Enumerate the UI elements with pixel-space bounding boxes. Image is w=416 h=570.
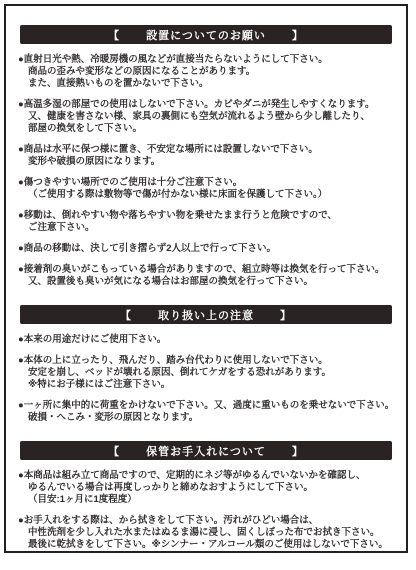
notice-line: 又、設置後も臭いが気になる場合はお部屋の換気を行って下さい。: [18, 276, 394, 288]
notice-line-first: ●本体の上に立ったり、飛んだり、踏み台代わりに使用しないで下さい。: [18, 355, 394, 367]
notice-line-first: ●高温多湿の部屋での使用はしないで下さい。カビやダニが発生しやすくなります。: [18, 99, 394, 111]
notice-item: ●移動は、倒れやすい物や落ちやすい物を乗せたまま行うと危険ですので、ご注意下さい…: [18, 210, 394, 234]
section-title: 保管お手入れについて: [146, 443, 266, 459]
notice-line: 安定を崩し、ベッドが壊れる原因、倒れてケガをする恐れがあります。: [18, 367, 394, 379]
notice-item: ●高温多湿の部屋での使用はしないで下さい。カビやダニが発生しやすくなります。又、…: [18, 99, 394, 135]
notice-line-first: ●商品は水平に保つ様に置き、不安定な場所には設置しないで下さい。: [18, 144, 394, 156]
section-title: 設置についてのお願い: [146, 27, 266, 43]
notice-line-first: ●商品の移動は、決して引き摺らず2人以上で行って下さい。: [18, 243, 394, 255]
notice-line: 破損・へこみ・変形の原因となります。: [18, 412, 394, 424]
notice-item: ●直射日光や熱、冷暖房機の風などが直接当たらないようにして下さい。商品の歪みや変…: [18, 54, 394, 90]
notice-item: ●本体の上に立ったり、飛んだり、踏み台代わりに使用しないで下さい。安定を崩し、ベ…: [18, 355, 394, 391]
notice-line-first: ●本商品は組み立て商品ですので、定期的にネジ等がゆるんでいないかを確認し、: [18, 470, 394, 482]
notice-line-first: ●傷つきやすい場所でのご使用は十分ご注意下さい。: [18, 177, 394, 189]
notice-item: ●本商品は組み立て商品ですので、定期的にネジ等がゆるんでいないかを確認し、ゆるん…: [18, 470, 394, 506]
notice-line-first: ●直射日光や熱、冷暖房機の風などが直接当たらないようにして下さい。: [18, 54, 394, 66]
notice-document: 【設置についてのお願い】●直射日光や熱、冷暖房機の風などが直接当たらないようにし…: [18, 25, 394, 551]
notice-line-first: ●お手入れをする際は、から拭きをして下さい。汚れがひどい場合は、: [18, 515, 394, 527]
notice-line-first: ●一ヶ所に集中的に荷重をかけないで下さい。又、過度に重いものを乗せないで下さい。: [18, 400, 394, 412]
header-bracket-left: 【: [120, 307, 132, 323]
section-header-bar: 【取り扱い上の注意】: [20, 305, 392, 324]
notice-item: ●本来の用途だけにご使用下さい。: [18, 334, 394, 346]
section-header-bar: 【保管お手入れについて】: [20, 441, 392, 460]
notice-line: 中性洗剤を少し入れた水またはぬるま湯に浸し、固くしぼった布でお拭き下さい。: [18, 527, 394, 539]
notice-line: 部屋の換気をして下さい。: [18, 123, 394, 135]
section: 【取り扱い上の注意】●本来の用途だけにご使用下さい。●本体の上に立ったり、飛んだ…: [18, 305, 394, 424]
notice-line-first: ●移動は、倒れやすい物や落ちやすい物を乗せたまま行うと危険ですので、: [18, 210, 394, 222]
document-border-frame: 【設置についてのお願い】●直射日光や熱、冷暖房機の風などが直接当たらないようにし…: [4, 4, 408, 553]
notice-line: （目安:1ヶ月に1度程度）: [18, 494, 394, 506]
notice-line: ゆるんでいる場合は再度しっかりと締めなおすようにして下さい。: [18, 482, 394, 494]
notice-line: ※特にお子様にはご注意下さい。: [18, 379, 394, 391]
notice-line: また、直接熱いものを置かないで下さい。: [18, 78, 394, 90]
notice-line: ご注意下さい。: [18, 222, 394, 234]
notice-item: ●商品の移動は、決して引き摺らず2人以上で行って下さい。: [18, 243, 394, 255]
header-bracket-left: 【: [108, 443, 120, 459]
notice-line: 又、健康を害さない様、家具の裏側にも空気が流れるよう壁から少し離したり、: [18, 111, 394, 123]
section-title: 取り扱い上の注意: [158, 307, 254, 323]
header-bracket-right: 】: [280, 307, 292, 323]
notice-line: 商品の歪みや変形などの原因になることがあります。: [18, 66, 394, 78]
notice-item: ●一ヶ所に集中的に荷重をかけないで下さい。又、過度に重いものを乗せないで下さい。…: [18, 400, 394, 424]
notice-line: 最後に乾拭きをして下さい。※シンナー・アルコール類のご使用はしないで下さい。: [18, 539, 394, 551]
notice-line: 変形や破損の原因になります。: [18, 156, 394, 168]
notice-item: ●接着剤の臭いがこもっている場合がありますので、組立時等は換気を行って下さい。又…: [18, 264, 394, 288]
section: 【保管お手入れについて】●本商品は組み立て商品ですので、定期的にネジ等がゆるんで…: [18, 441, 394, 551]
section-header-bar: 【設置についてのお願い】: [20, 25, 392, 44]
notice-item-list: ●直射日光や熱、冷暖房機の風などが直接当たらないようにして下さい。商品の歪みや変…: [18, 54, 394, 288]
notice-item: ●傷つきやすい場所でのご使用は十分ご注意下さい。（ご使用する際は敷物等で傷が付か…: [18, 177, 394, 201]
header-bracket-right: 】: [292, 443, 304, 459]
notice-line-first: ●本来の用途だけにご使用下さい。: [18, 334, 394, 346]
header-bracket-right: 】: [292, 27, 304, 43]
notice-line: （ご使用する際は敷物等で傷が付かない様に床面を保護して下さい。）: [18, 189, 394, 201]
header-bracket-left: 【: [108, 27, 120, 43]
notice-item: ●商品は水平に保つ様に置き、不安定な場所には設置しないで下さい。変形や破損の原因…: [18, 144, 394, 168]
notice-item-list: ●本商品は組み立て商品ですので、定期的にネジ等がゆるんでいないかを確認し、ゆるん…: [18, 470, 394, 551]
notice-item: ●お手入れをする際は、から拭きをして下さい。汚れがひどい場合は、中性洗剤を少し入…: [18, 515, 394, 551]
notice-item-list: ●本来の用途だけにご使用下さい。●本体の上に立ったり、飛んだり、踏み台代わりに使…: [18, 334, 394, 424]
section: 【設置についてのお願い】●直射日光や熱、冷暖房機の風などが直接当たらないようにし…: [18, 25, 394, 288]
notice-line-first: ●接着剤の臭いがこもっている場合がありますので、組立時等は換気を行って下さい。: [18, 264, 394, 276]
